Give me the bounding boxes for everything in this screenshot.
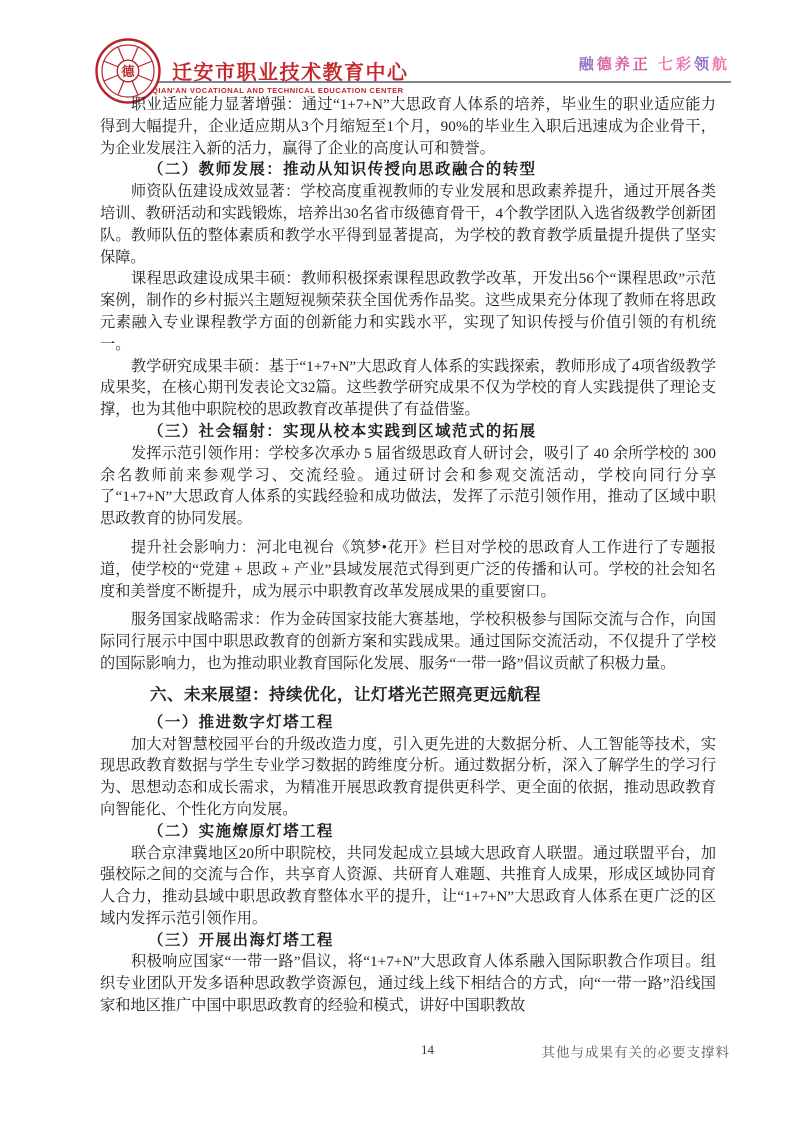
section-heading: （三）社会辐射：实现从校本实践到区域范式的拓展 <box>100 421 716 443</box>
paragraph: 课程思政建设成果丰硕：教师积极探索课程思政教学改革，开发出56个“课程思政”示范… <box>100 268 716 355</box>
motto-char: 德 <box>597 56 615 73</box>
school-motto: 融德养正 七彩领航 <box>579 53 730 74</box>
paragraph: 师资队伍建设成效显著：学校高度重视教师的专业发展和思政素养提升，通过开展各类培训… <box>100 181 716 268</box>
motto-space <box>651 56 658 73</box>
paragraph: 教学研究成果丰硕：基于“1+7+N”大思政育人体系的实践探索，教师形成了4项省级… <box>100 356 716 421</box>
footer-note: 其他与成果有关的必要支撑料 <box>542 1041 731 1061</box>
document-body: 职业适应能力显著增强：通过“1+7+N”大思政育人体系的培养，毕业生的职业适应能… <box>100 94 716 1017</box>
paragraph: 联合京津冀地区20所中职院校，共同发起成立县域大思政育人联盟。通过联盟平台，加强… <box>100 843 716 930</box>
school-name: 迁安市职业技术教育中心 <box>172 56 409 85</box>
motto-char: 彩 <box>676 56 694 73</box>
section-heading: （三）开展出海灯塔工程 <box>100 930 716 952</box>
motto-char: 航 <box>712 56 730 73</box>
section-heading: （二）实施燎原灯塔工程 <box>100 821 716 843</box>
paragraph: 服务国家战略需求：作为金砖国家技能大赛基地，学校积极参与国际交流与合作，向国际同… <box>100 609 716 674</box>
motto-char: 融 <box>579 56 597 73</box>
motto-char: 正 <box>633 56 651 73</box>
chapter-heading: 六、未来展望：持续优化，让灯塔光芒照亮更远航程 <box>100 684 716 706</box>
paragraph: 职业适应能力显著增强：通过“1+7+N”大思政育人体系的培养，毕业生的职业适应能… <box>100 94 716 159</box>
paragraph: 加大对智慧校园平台的升级改造力度，引入更先进的大数据分析、人工智能等技术，实现思… <box>100 734 716 821</box>
section-heading: （二）教师发展：推动从知识传授向思政融合的转型 <box>100 159 716 181</box>
document-page: 德 迁安市职业技术教育中心 QIAN'AN VOCATIONAL AND TEC… <box>0 0 800 1131</box>
motto-char: 七 <box>658 56 676 73</box>
paragraph: 提升社会影响力：河北电视台《筑梦•花开》栏目对学校的思政育人工作进行了专题报道，… <box>100 537 716 602</box>
paragraph: 积极响应国家“一带一路”倡议，将“1+7+N”大思政育人体系融入国际职教合作项目… <box>100 951 716 1016</box>
motto-char: 养 <box>615 56 633 73</box>
seal-center-character: 德 <box>121 64 135 79</box>
section-heading: （一）推进数字灯塔工程 <box>100 712 716 734</box>
motto-char: 领 <box>694 56 712 73</box>
paragraph: 发挥示范引领作用：学校多次承办 5 届省级思政育人研讨会，吸引了 40 余所学校… <box>100 443 716 530</box>
